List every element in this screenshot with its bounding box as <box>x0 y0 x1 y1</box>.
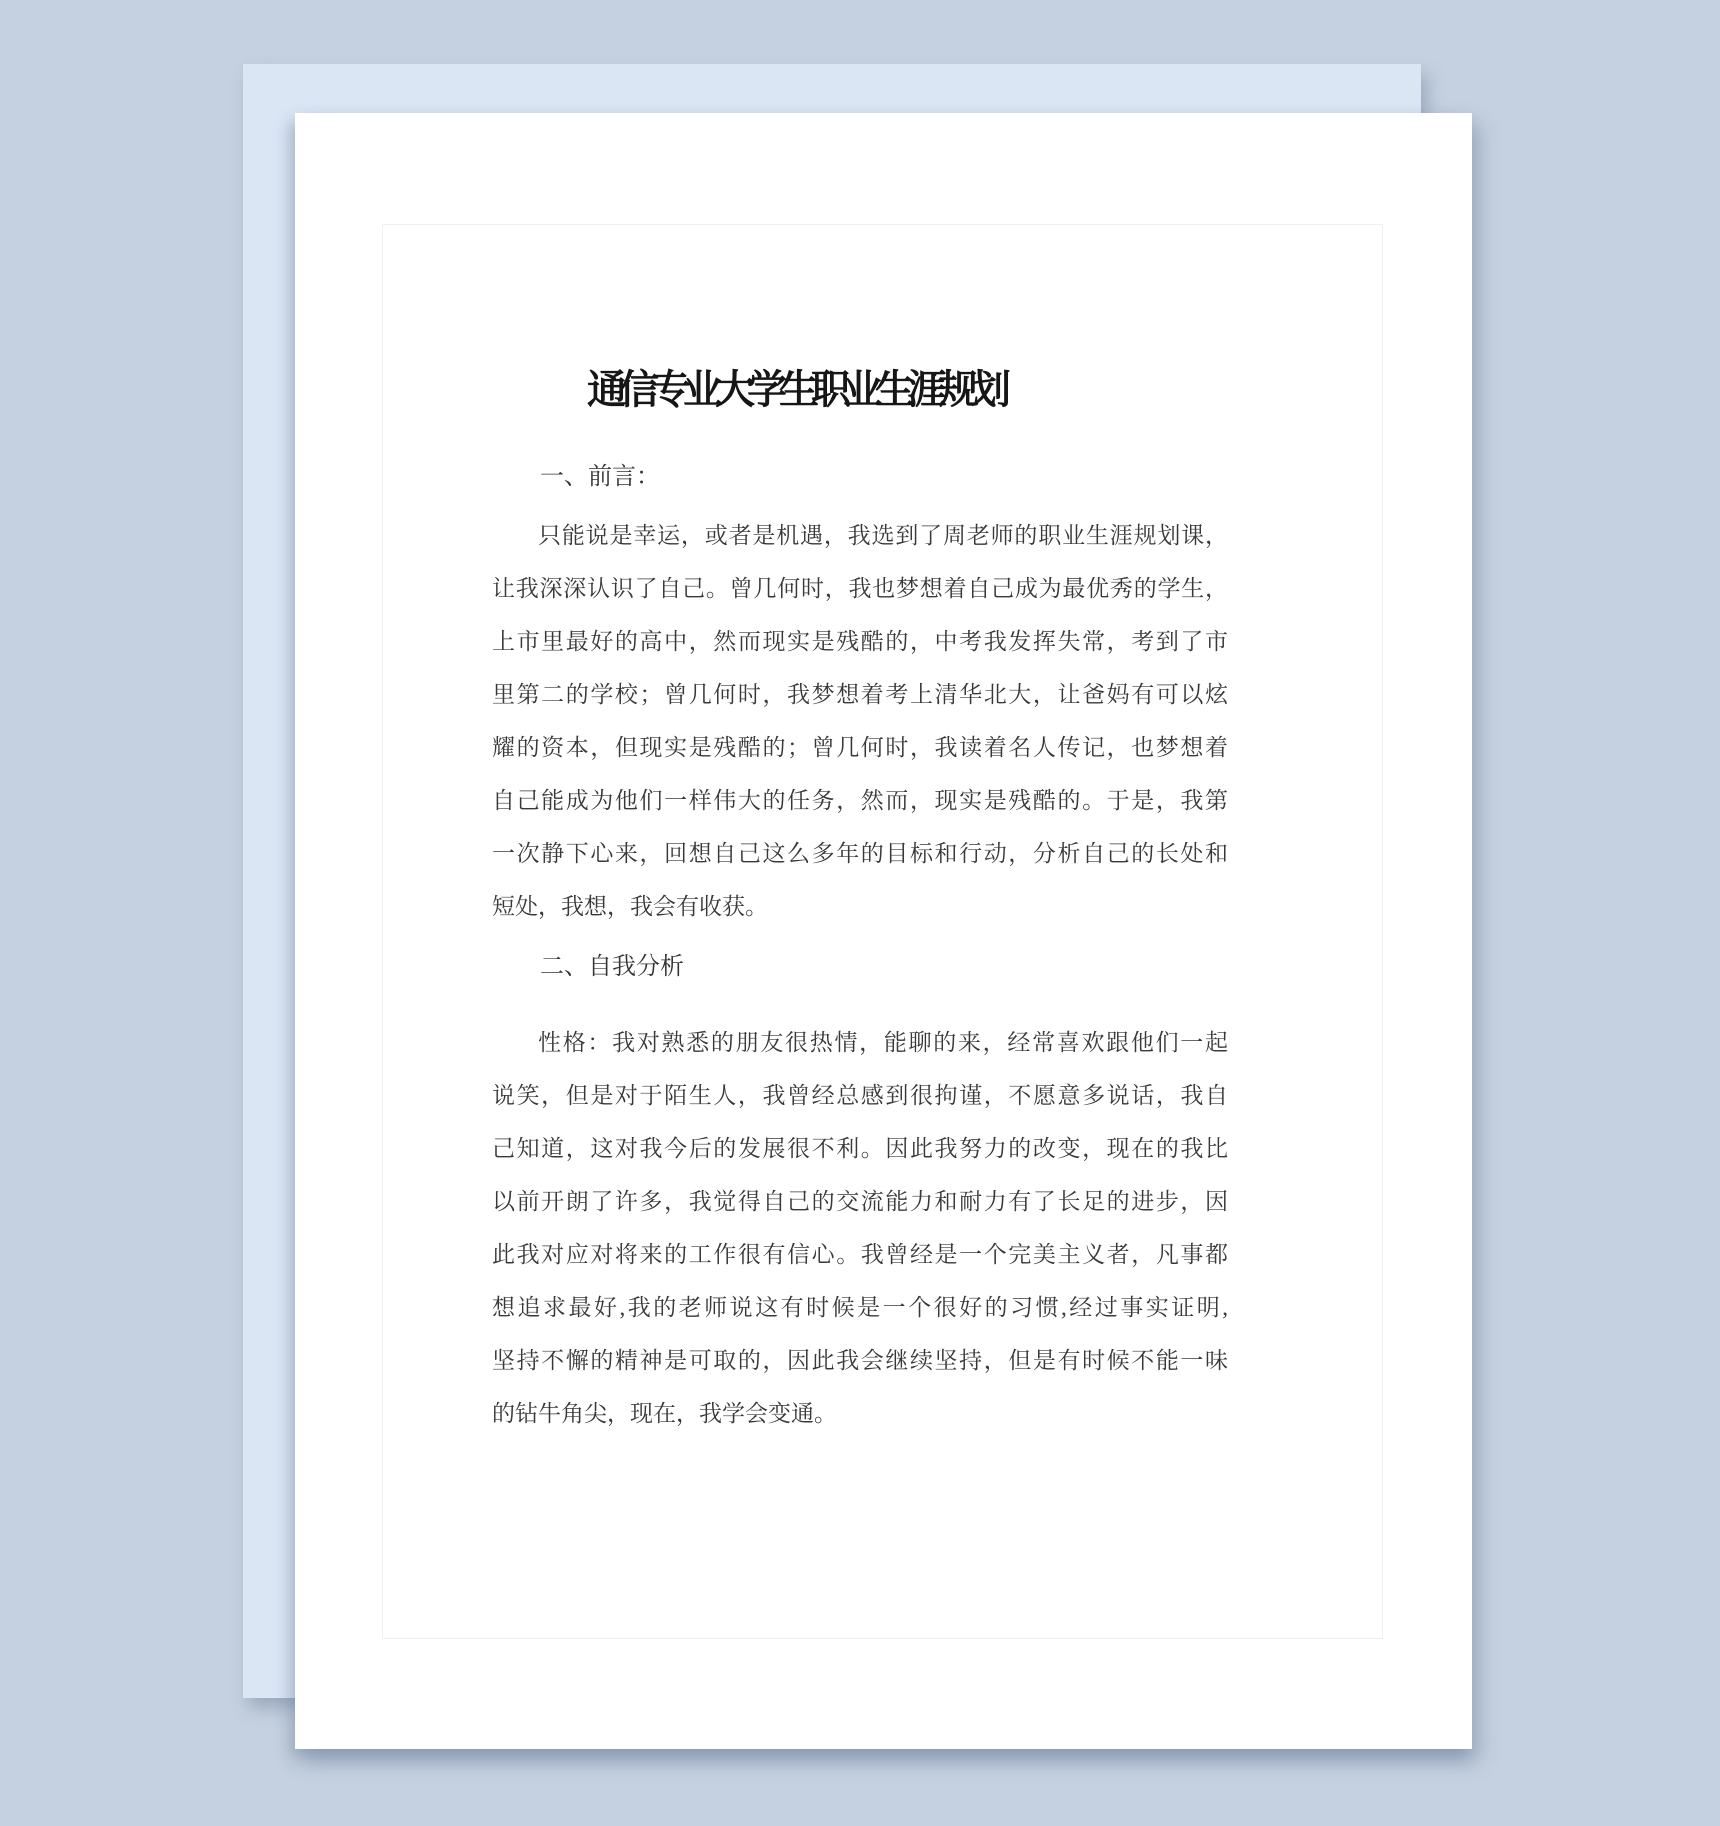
paragraph-line: 只能说是幸运，或者是机遇，我选到了周老师的职业生涯规划课， <box>492 509 1228 562</box>
desktop-background: 通信专业大学生职业生涯规划 一、前言： 只能说是幸运，或者是机遇，我选到了周老师… <box>0 0 1720 1826</box>
paragraph-line: 想追求最好,我的老师说这有时候是一个很好的习惯,经过事实证明, <box>492 1281 1228 1334</box>
paragraph-self-analysis: 性格：我对熟悉的朋友很热情，能聊的来，经常喜欢跟他们一起 说笑，但是对于陌生人，… <box>492 1016 1228 1440</box>
section-heading-foreword: 一、前言： <box>492 451 1228 504</box>
section-heading-self-analysis: 二、自我分析 <box>492 941 1228 994</box>
paragraph-line: 自己能成为他们一样伟大的任务，然而，现实是残酷的。于是，我第 <box>492 774 1228 827</box>
paragraph-line: 性格：我对熟悉的朋友很热情，能聊的来，经常喜欢跟他们一起 <box>492 1016 1228 1069</box>
paragraph-line: 坚持不懈的精神是可取的，因此我会继续坚持，但是有时候不能一味 <box>492 1334 1228 1387</box>
paragraph-line: 以前开朗了许多，我觉得自己的交流能力和耐力有了长足的进步，因 <box>492 1175 1228 1228</box>
paragraph-line: 说笑，但是对于陌生人，我曾经总感到很拘谨，不愿意多说话，我自 <box>492 1069 1228 1122</box>
paragraph-foreword: 只能说是幸运，或者是机遇，我选到了周老师的职业生涯规划课， 让我深深认识了自己。… <box>492 509 1228 933</box>
paragraph-line: 短处，我想，我会有收获。 <box>492 880 1228 933</box>
paragraph-line: 一次静下心来，回想自己这么多年的目标和行动，分析自己的长处和 <box>492 827 1228 880</box>
paragraph-line: 耀的资本，但现实是残酷的；曾几何时，我读着名人传记，也梦想着 <box>492 721 1228 774</box>
paragraph-line: 己知道，这对我今后的发展很不利。因此我努力的改变，现在的我比 <box>492 1122 1228 1175</box>
document-title: 通信专业大学生职业生涯规划 <box>427 365 1163 415</box>
paragraph-line: 让我深深认识了自己。曾几何时，我也梦想着自己成为最优秀的学生， <box>492 562 1228 615</box>
document-content: 通信专业大学生职业生涯规划 一、前言： 只能说是幸运，或者是机遇，我选到了周老师… <box>492 113 1228 1440</box>
paragraph-line: 的钻牛角尖，现在，我学会变通。 <box>492 1387 1228 1440</box>
paragraph-line: 上市里最好的高中，然而现实是残酷的，中考我发挥失常，考到了市 <box>492 615 1228 668</box>
paragraph-line: 此我对应对将来的工作很有信心。我曾经是一个完美主义者，凡事都 <box>492 1228 1228 1281</box>
paragraph-line: 里第二的学校；曾几何时，我梦想着考上清华北大，让爸妈有可以炫 <box>492 668 1228 721</box>
document-page: 通信专业大学生职业生涯规划 一、前言： 只能说是幸运，或者是机遇，我选到了周老师… <box>295 113 1472 1749</box>
